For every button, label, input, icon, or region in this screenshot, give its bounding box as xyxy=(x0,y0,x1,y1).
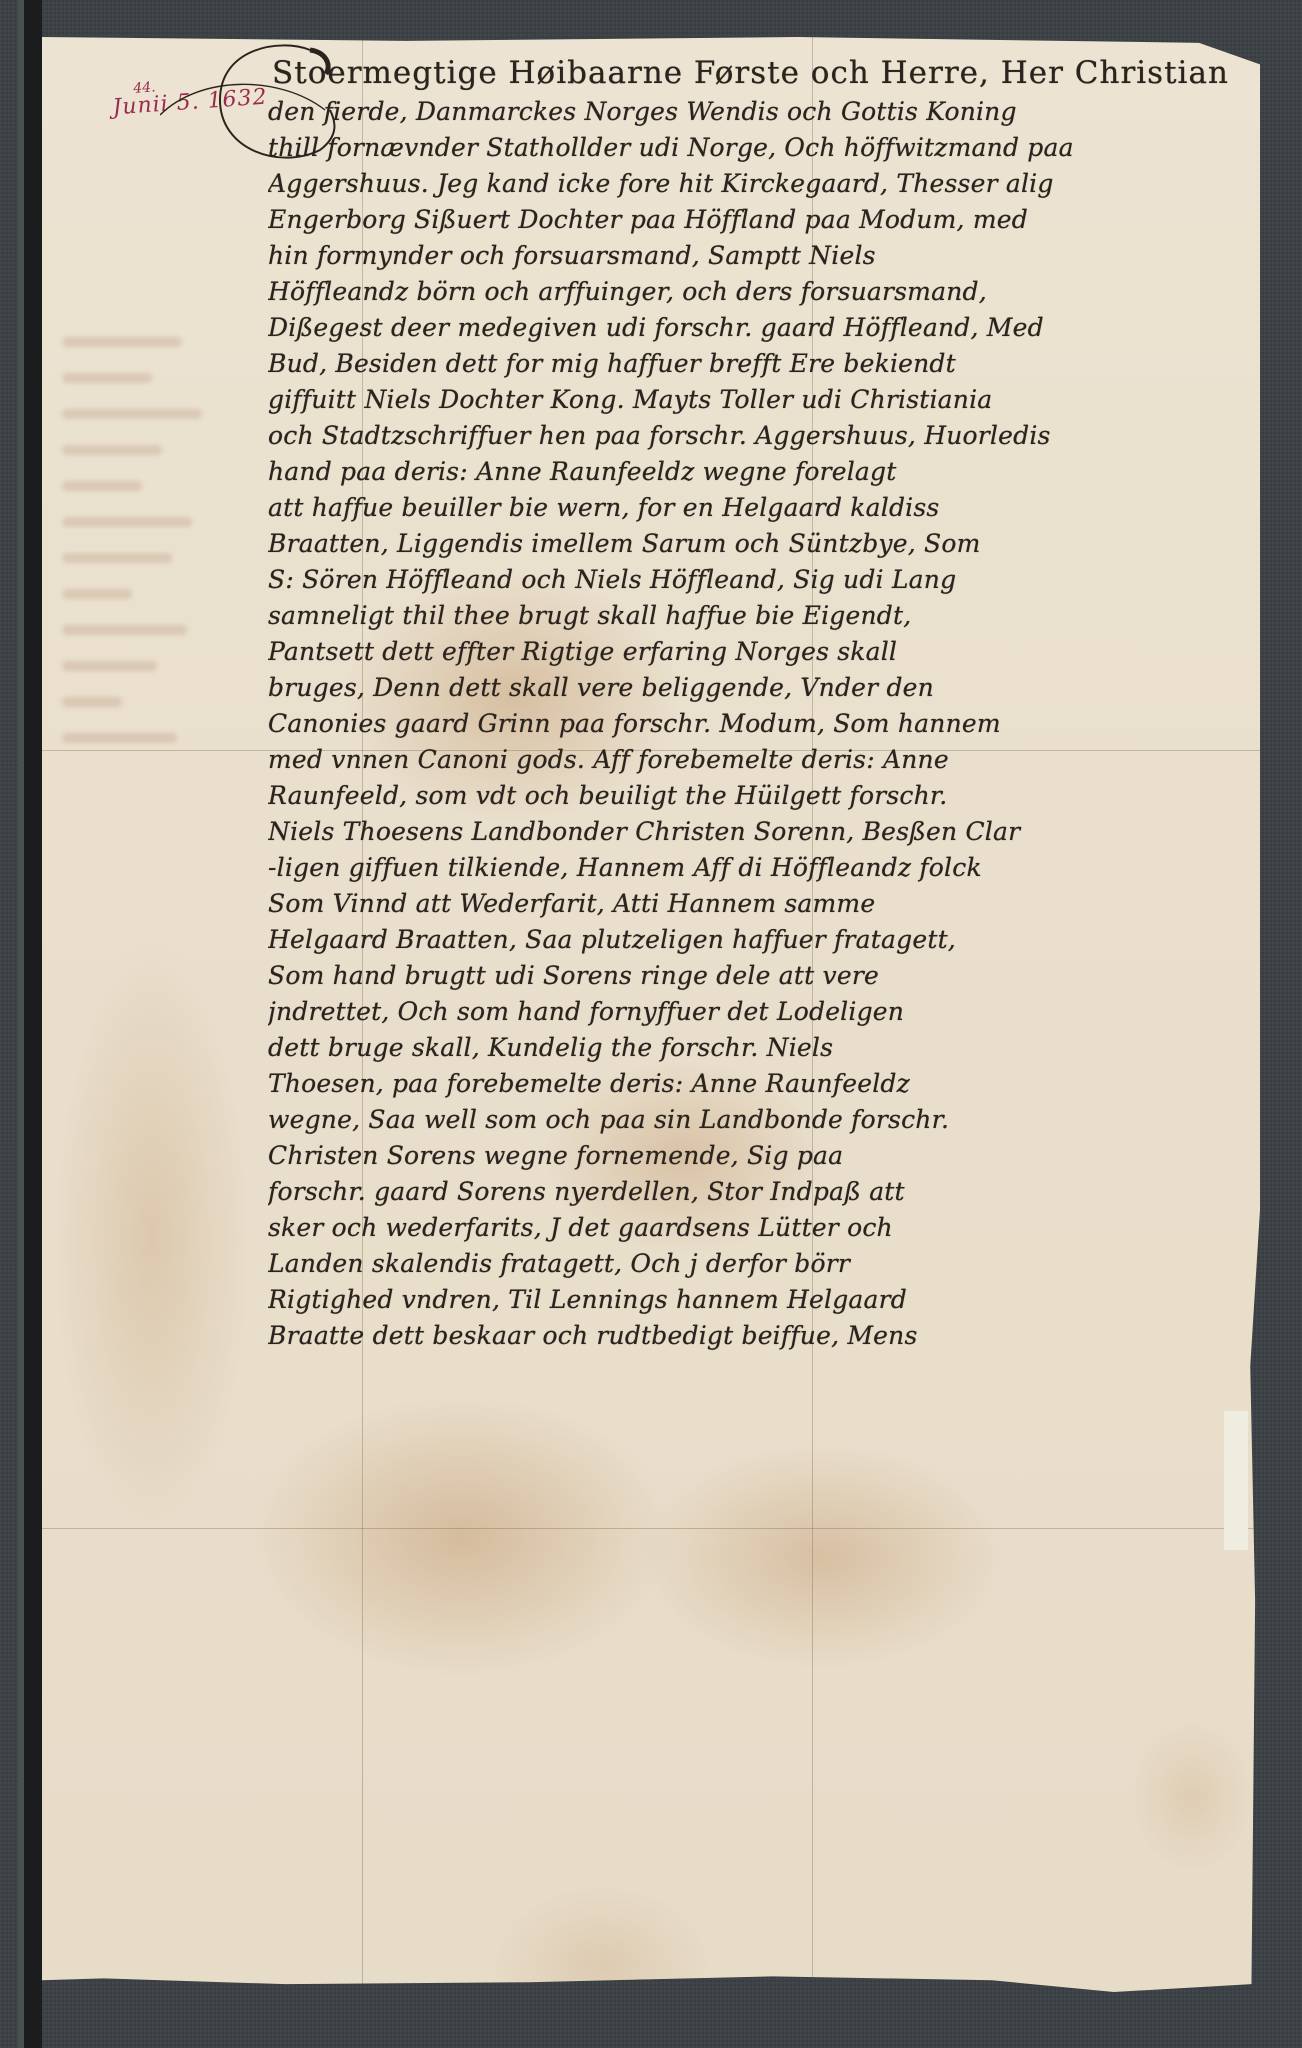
text-line: giffuitt Niels Dochter Kong. Mayts Tolle… xyxy=(268,382,1228,418)
text-line: Canonies gaard Grinn paa forschr. Modum,… xyxy=(268,706,1228,742)
fold-line-horizontal-lower xyxy=(42,1528,1260,1529)
text-line: den fierde, Danmarckes Norges Wendis och… xyxy=(268,94,1228,130)
text-line: bruges, Denn dett skall vere beliggende,… xyxy=(268,670,1228,706)
text-line: Engerborg Sißuert Dochter paa Höffland p… xyxy=(268,202,1228,238)
letter-salutation: Stoermegtige Høibaarne Første och Herre,… xyxy=(272,50,1228,94)
text-line: S: Sören Höffleand och Niels Höffleand, … xyxy=(268,562,1228,598)
text-line: Rigtighed vndren, Til Lennings hannem He… xyxy=(268,1282,1228,1318)
text-line: hin formynder och forsuarsmand, Samptt N… xyxy=(268,238,1228,274)
text-line: dett bruge skall, Kundelig the forschr. … xyxy=(268,1030,1228,1066)
ink-bleed-through xyxy=(62,337,222,857)
letter-body: Stoermegtige Høibaarne Første och Herre,… xyxy=(268,50,1228,1354)
text-line: Raunfeeld, som vdt och beuiligt the Hüil… xyxy=(268,778,1228,814)
text-line: hand paa deris: Anne Raunfeeldz wegne fo… xyxy=(268,454,1228,490)
text-line: Dißegest deer medegiven udi forschr. gaa… xyxy=(268,310,1228,346)
text-line: wegne, Saa well som och paa sin Landbond… xyxy=(268,1102,1228,1138)
text-line: Helgaard Braatten, Saa plutzeligen haffu… xyxy=(268,922,1228,958)
text-line: jndrettet, Och som hand fornyffuer det L… xyxy=(268,994,1228,1030)
text-line: Thoesen, paa forebemelte deris: Anne Rau… xyxy=(268,1066,1228,1102)
text-line: forschr. gaard Sorens nyerdellen, Stor I… xyxy=(268,1174,1228,1210)
text-line: sker och wederfarits, J det gaardsens Lü… xyxy=(268,1210,1228,1246)
text-line: -ligen giffuen tilkiende, Hannem Aff di … xyxy=(268,850,1228,886)
binding-spine-edge xyxy=(18,0,42,2048)
text-line: Som Vinnd att Wederfarit, Atti Hannem sa… xyxy=(268,886,1228,922)
text-line: Landen skalendis fratagett, Och j derfor… xyxy=(268,1246,1228,1282)
text-line: Bud, Besiden dett for mig haffuer brefft… xyxy=(268,346,1228,382)
text-line: Braatten, Liggendis imellem Sarum och Sü… xyxy=(268,526,1228,562)
text-line: Pantsett dett effter Rigtige erfaring No… xyxy=(268,634,1228,670)
text-line: Aggershuus. Jeg kand icke fore hit Kirck… xyxy=(268,166,1228,202)
text-line: med vnnen Canoni gods. Aff forebemelte d… xyxy=(268,742,1228,778)
text-line: att haffue beuiller bie wern, for en Hel… xyxy=(268,490,1228,526)
text-line: Christen Sorens wegne fornemende, Sig pa… xyxy=(268,1138,1228,1174)
paper-tab-slip xyxy=(1224,1411,1248,1550)
text-line: Som hand brugtt udi Sorens ringe dele at… xyxy=(268,958,1228,994)
text-line: thill fornævnder Stathollder udi Norge, … xyxy=(268,130,1228,166)
text-line: Braatte dett beskaar och rudtbedigt beif… xyxy=(268,1318,1228,1354)
text-line: Niels Thoesens Landbonder Christen Soren… xyxy=(268,814,1228,850)
text-line: Höffleandz börn och arffuinger, och ders… xyxy=(268,274,1228,310)
text-line: samneligt thil thee brugt skall haffue b… xyxy=(268,598,1228,634)
text-line: och Stadtzschriffuer hen paa forschr. Ag… xyxy=(268,418,1228,454)
